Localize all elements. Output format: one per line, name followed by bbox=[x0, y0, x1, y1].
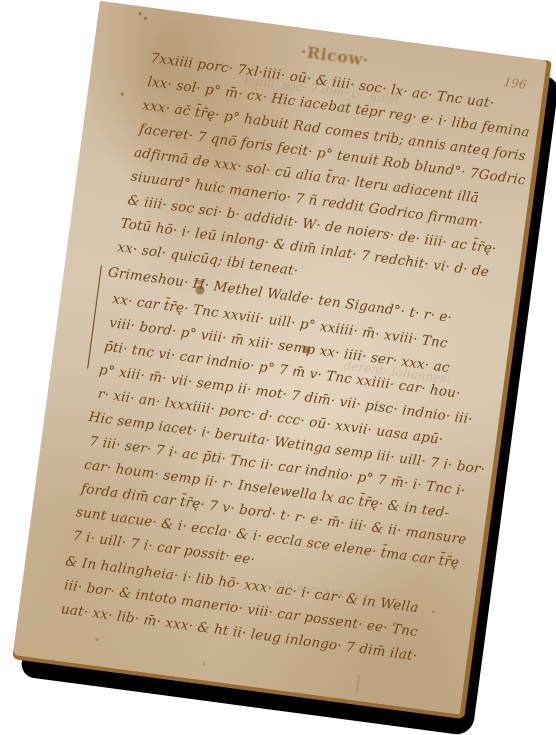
parchment-speck bbox=[95, 638, 98, 641]
manuscript-page: ·i· uill· soc· 7 dim̄· c·· ualet · deren… bbox=[12, 1, 552, 719]
margin-dot bbox=[121, 92, 124, 95]
manuscript-page-wrapper: ·i· uill· soc· 7 dim̄· c·· ualet · deren… bbox=[12, 1, 552, 719]
margin-mark bbox=[144, 17, 147, 20]
folio-number: 196 bbox=[503, 75, 528, 92]
photo-stage: ·i· uill· soc· 7 dim̄· c·· ualet · deren… bbox=[0, 0, 556, 735]
parchment-speck bbox=[432, 610, 435, 613]
parchment-speck bbox=[356, 675, 360, 693]
ink-blot bbox=[195, 285, 205, 295]
parchment-speck bbox=[203, 660, 206, 666]
running-heading: ·Ricow· bbox=[300, 42, 370, 70]
paragraph-bracket bbox=[87, 265, 102, 368]
margin-mark bbox=[138, 12, 141, 15]
